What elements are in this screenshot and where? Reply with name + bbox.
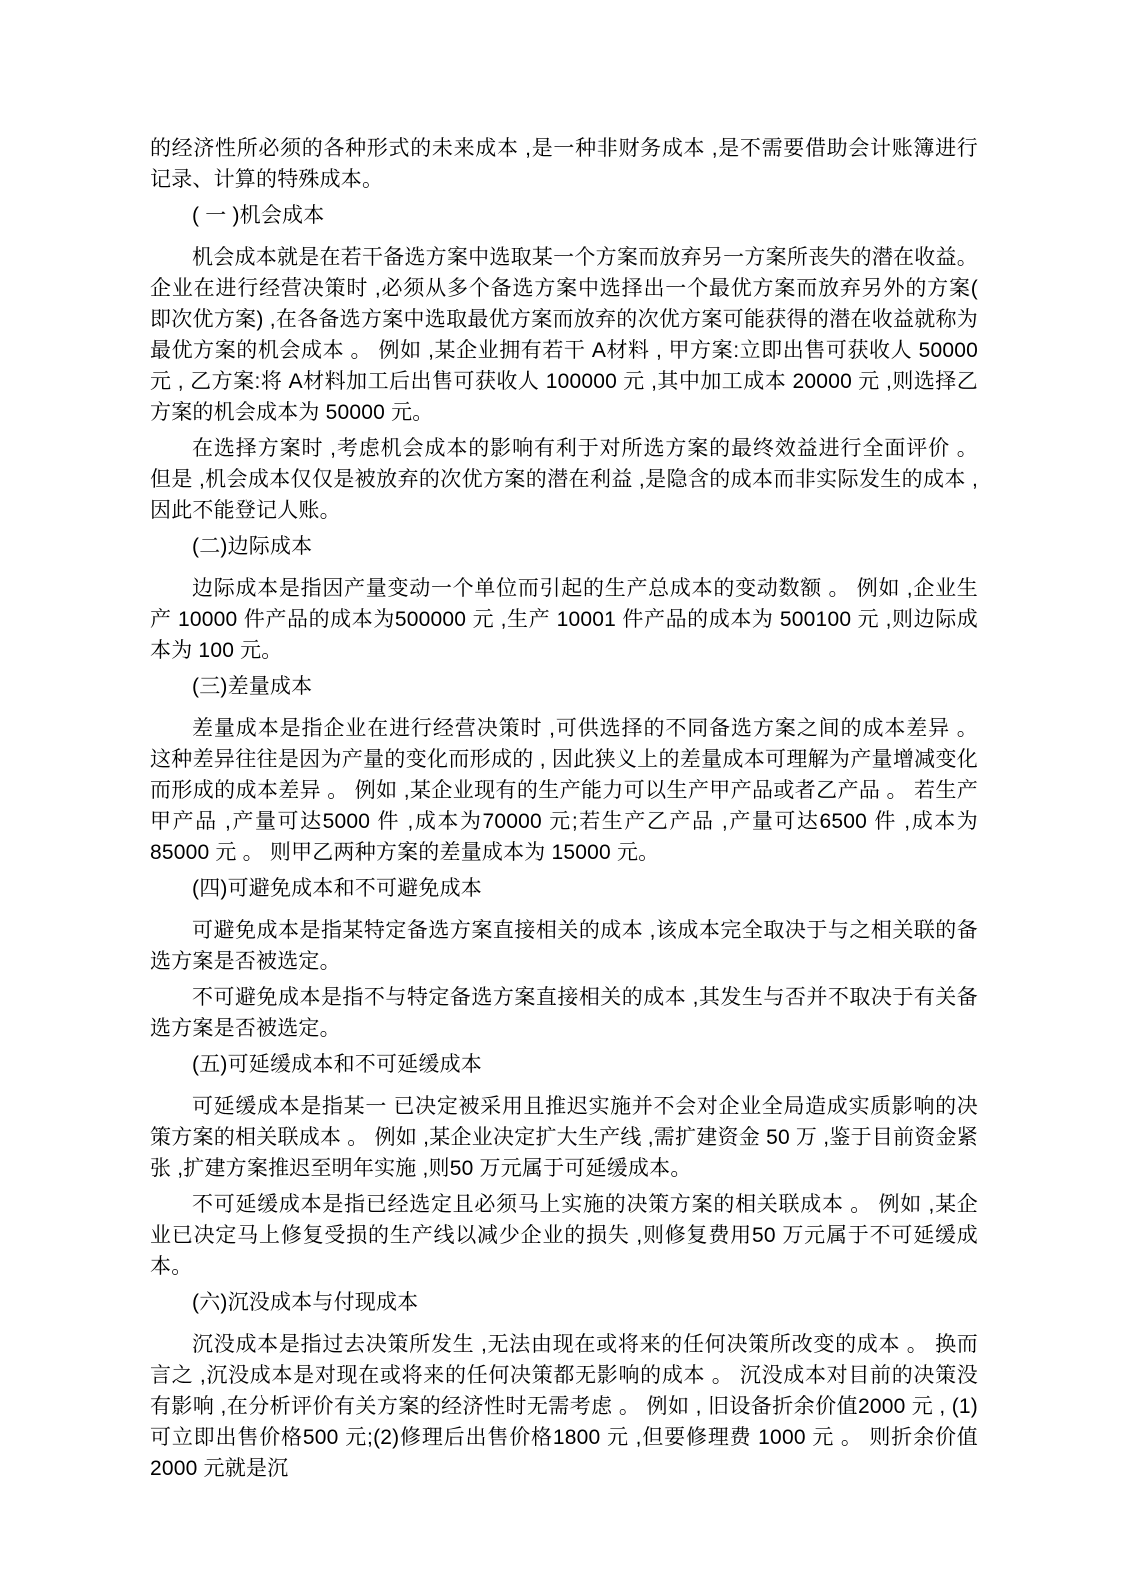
document-page: 的经济性所必须的各种形式的未来成本 ,是一种非财务成本 ,是不需要借助会计账簿进… xyxy=(150,133,978,1489)
body-paragraph: 不可延缓成本是指已经选定且必须马上实施的决策方案的相关联成本 。 例如 ,某企业… xyxy=(150,1189,978,1282)
body-paragraph: 机会成本就是在若干备选方案中选取某一个方案而放弃另一方案所丧失的潜在收益。企业在… xyxy=(150,242,978,428)
body-paragraph: 差量成本是指企业在进行经营决策时 ,可供选择的不同备选方案之间的成本差异 。 这… xyxy=(150,713,978,868)
body-paragraph: 沉没成本是指过去决策所发生 ,无法由现在或将来的任何决策所改变的成本 。 换而言… xyxy=(150,1329,978,1484)
section-heading: (五)可延缓成本和不可延缓成本 xyxy=(150,1049,978,1080)
body-paragraph: 可避免成本是指某特定备选方案直接相关的成本 ,该成本完全取决于与之相关联的备选方… xyxy=(150,915,978,977)
body-paragraph: 的经济性所必须的各种形式的未来成本 ,是一种非财务成本 ,是不需要借助会计账簿进… xyxy=(150,133,978,195)
body-paragraph: 边际成本是指因产量变动一个单位而引起的生产总成本的变动数额 。 例如 ,企业生产… xyxy=(150,573,978,666)
section-heading: (六)沉没成本与付现成本 xyxy=(150,1287,978,1318)
section-heading: (三)差量成本 xyxy=(150,671,978,702)
body-paragraph: 在选择方案时 ,考虑机会成本的影响有利于对所选方案的最终效益进行全面评价 。 但… xyxy=(150,433,978,526)
body-paragraph: 不可避免成本是指不与特定备选方案直接相关的成本 ,其发生与否并不取决于有关备选方… xyxy=(150,982,978,1044)
body-paragraph: 可延缓成本是指某一 已决定被采用且推迟实施并不会对企业全局造成实质影响的决策方案… xyxy=(150,1091,978,1184)
section-heading: (四)可避免成本和不可避免成本 xyxy=(150,873,978,904)
section-heading: ( 一 )机会成本 xyxy=(150,200,978,231)
section-heading: (二)边际成本 xyxy=(150,531,978,562)
